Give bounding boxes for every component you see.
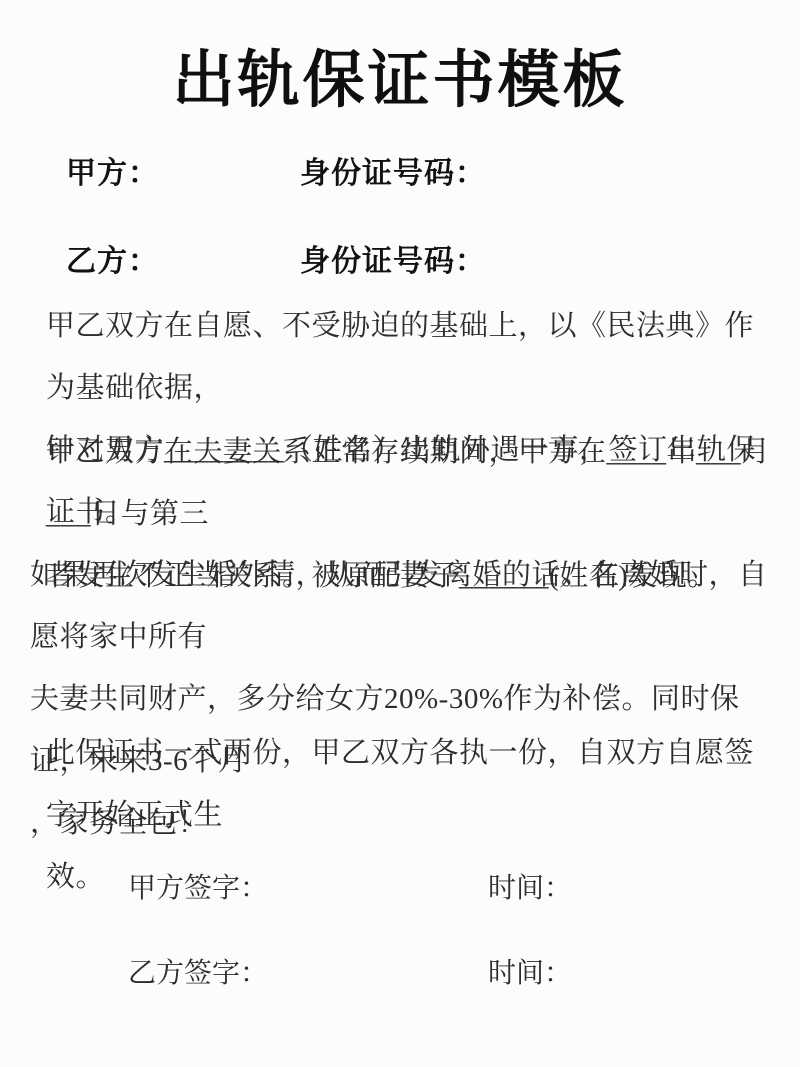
party-b-signature-label: 乙方签字： [128, 951, 268, 991]
party-a-id-label: 身份证号码： [300, 148, 486, 192]
party-a-time-label: 时间： [488, 866, 572, 906]
party-b-time-label: 时间： [488, 951, 572, 991]
party-a-row: 甲方： 身份证号码： [66, 148, 486, 192]
party-b-row: 乙方： 身份证号码： [66, 236, 486, 280]
party-a-signature-label: 甲方签字： [128, 866, 268, 906]
party-b-name-label: 乙方： [66, 236, 300, 280]
document-title: 出轨保证书模板 [0, 30, 800, 119]
party-a-name-label: 甲方： [66, 148, 300, 192]
document-page: 出轨保证书模板 甲方： 身份证号码： 乙方： 身份证号码： 甲乙双方在自愿、不受… [0, 0, 800, 1067]
party-b-id-label: 身份证号码： [300, 236, 486, 280]
